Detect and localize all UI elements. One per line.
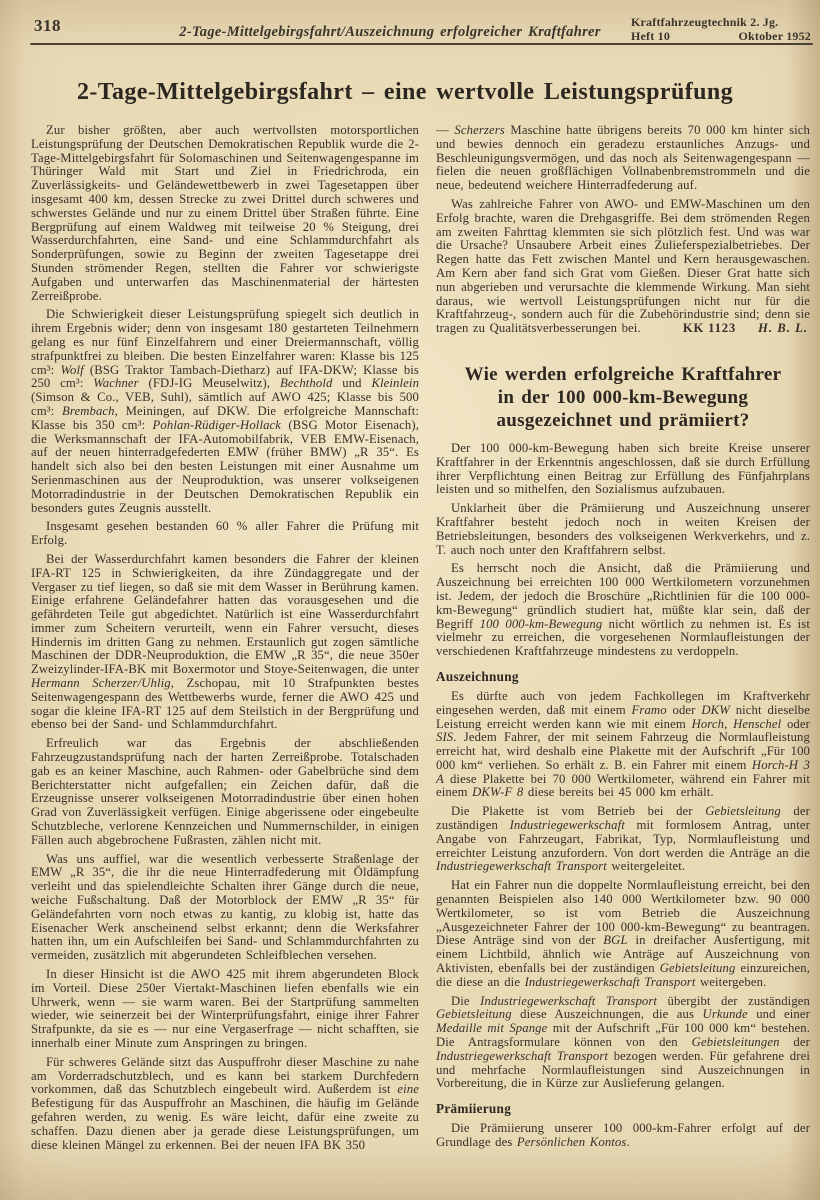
- paragraph: Die Schwierigkeit dieser Leistungsprüfun…: [31, 308, 419, 515]
- journal-issue: Heft 10: [631, 29, 670, 43]
- article2-title: Wie werden erfolgreiche Kraftfahrer in d…: [446, 363, 800, 432]
- paragraph: Hat ein Fahrer nun die doppelte Normlauf…: [436, 879, 810, 989]
- paragraph: Der 100 000-km-Bewegung haben sich breit…: [436, 442, 810, 497]
- paragraph: Unklarheit über die Prämiierung und Ausz…: [436, 502, 810, 557]
- paragraph: Was zahlreiche Fahrer von AWO- und EMW-M…: [436, 198, 810, 336]
- paragraph: Es herrscht noch die Ansicht, daß die Pr…: [436, 562, 810, 659]
- columns: Zur bisher größten, aber auch wertvollst…: [31, 122, 810, 1152]
- journal-name: Kraftfahrzeugtechnik 2. Jg.: [631, 15, 813, 29]
- credit-author: H. B. L.: [758, 321, 808, 335]
- right-column: — Scherzers Maschine hatte übrigens bere…: [436, 122, 810, 1152]
- journal-info: Kraftfahrzeugtechnik 2. Jg. Heft 10 Okto…: [631, 15, 813, 43]
- section-heading-auszeichnung: Auszeichnung: [436, 669, 810, 685]
- page-number: 318: [34, 16, 61, 36]
- article2-title-line: Wie werden erfolgreiche Kraftfahrer: [446, 363, 800, 386]
- article2-title-line: in der 100 000-km-Bewegung: [446, 386, 800, 409]
- section-heading-praemiierung: Prämiierung: [436, 1101, 810, 1117]
- paragraph: Bei der Wasserdurchfahrt kamen besonders…: [31, 553, 419, 732]
- paragraph: Erfreulich war das Ergebnis der abschlie…: [31, 737, 419, 847]
- journal-issue-row: Heft 10 Oktober 1952: [631, 29, 813, 43]
- paragraph: Es dürfte auch von jedem Fachkollegen im…: [436, 690, 810, 800]
- article2-title-line: ausgezeichnet und prämiiert?: [446, 409, 800, 432]
- paragraph: Für schweres Gelände sitzt das Auspuffro…: [31, 1056, 419, 1153]
- header-rule: [30, 43, 813, 45]
- article1-title: 2-Tage-Mittelgebirgsfahrt – eine wertvol…: [0, 79, 810, 106]
- left-column: Zur bisher größten, aber auch wertvollst…: [31, 122, 419, 1152]
- running-header-title: 2-Tage-Mittelgebirgsfahrt/Auszeichnung e…: [160, 24, 620, 41]
- credit-code: KK 1123: [683, 321, 736, 335]
- paragraph: Zur bisher größten, aber auch wertvollst…: [31, 124, 419, 303]
- paragraph: — Scherzers Maschine hatte übrigens bere…: [436, 124, 810, 193]
- magazine-page: 318 2-Tage-Mittelgebirgsfahrt/Auszeichnu…: [0, 0, 820, 1200]
- paragraph: Insgesamt gesehen bestanden 60 % aller F…: [31, 520, 419, 548]
- paragraph: Die Plakette ist vom Betrieb bei der Geb…: [436, 805, 810, 874]
- journal-date: Oktober 1952: [738, 29, 811, 43]
- paragraph: Die Prämiierung unserer 100 000-km-Fahre…: [436, 1122, 810, 1150]
- paragraph: Die Industriegewerkschaft Transport über…: [436, 995, 810, 1092]
- paragraph: In dieser Hinsicht ist die AWO 425 mit i…: [31, 968, 419, 1051]
- paragraph: Was uns auffiel, war die wesentlich verb…: [31, 853, 419, 963]
